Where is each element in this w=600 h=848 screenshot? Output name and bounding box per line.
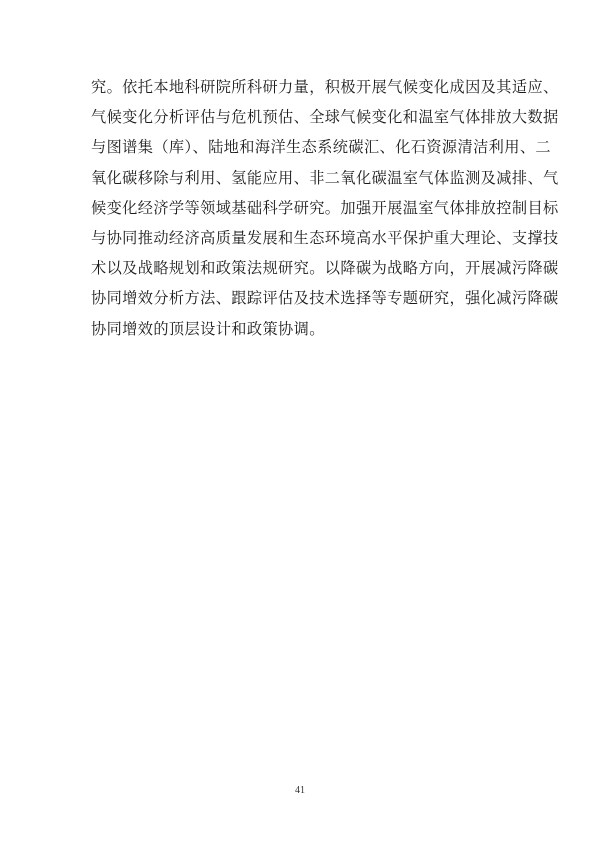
text-line: 与图谱集（库）、陆地和海洋生态系统碳汇、化石资源清洁利用、二 [91,132,513,162]
page-number: 41 [0,785,600,796]
document-page: 究。依托本地科研院所科研力量，积极开展气候变化成因及其适应、 气候变化分析评估与… [0,0,600,848]
text-line: 与协同推动经济高质量发展和生态环境高水平保护重大理论、支撑技 [91,223,513,253]
text-line: 氧化碳移除与利用、氢能应用、非二氧化碳温室气体监测及减排、气 [91,163,513,193]
text-line: 术以及战略规划和政策法规研究。以降碳为战略方向，开展减污降碳 [91,253,513,283]
text-line: 气候变化分析评估与危机预估、全球气候变化和温室气体排放大数据 [91,102,513,132]
text-line: 协同增效的顶层设计和政策协调。 [91,314,513,344]
body-paragraph: 究。依托本地科研院所科研力量，积极开展气候变化成因及其适应、 气候变化分析评估与… [91,72,513,344]
text-line: 协同增效分析方法、跟踪评估及技术选择等专题研究，强化减污降碳 [91,283,513,313]
text-line: 候变化经济学等领域基础科学研究。加强开展温室气体排放控制目标 [91,193,513,223]
text-line: 究。依托本地科研院所科研力量，积极开展气候变化成因及其适应、 [91,72,513,102]
